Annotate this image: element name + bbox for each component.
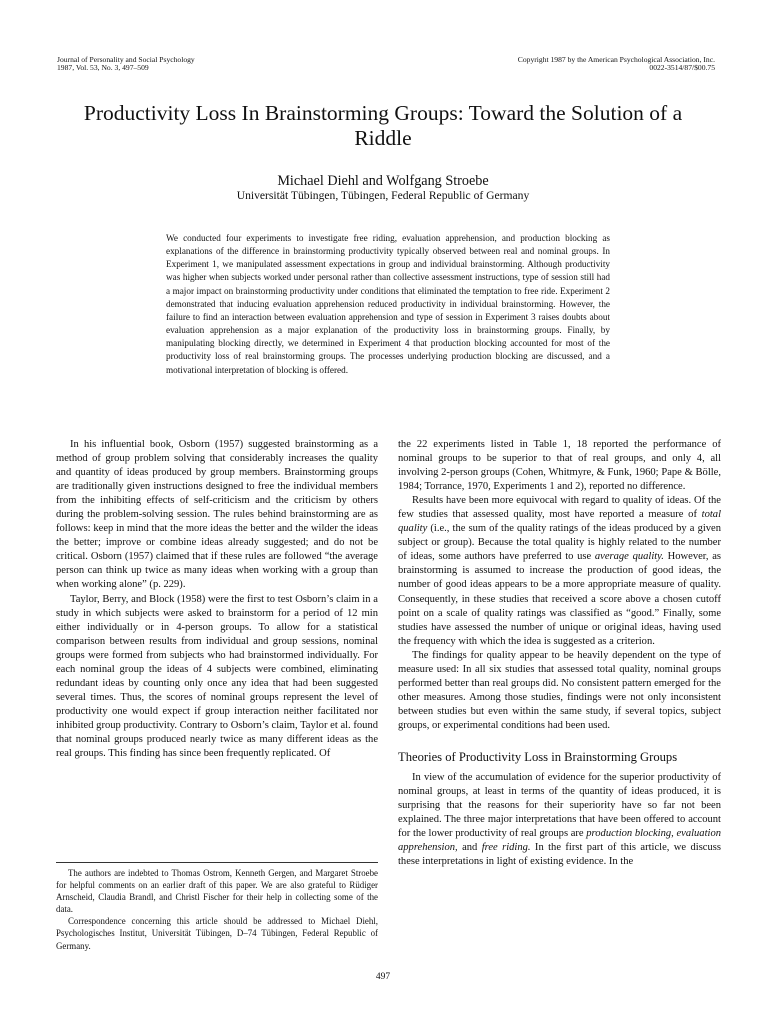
acknowledgment-footnote: The authors are indebted to Thomas Ostro… bbox=[56, 867, 378, 915]
text-run: Results have been more equivocal with re… bbox=[398, 495, 721, 520]
body-paragraph: Taylor, Berry, and Block (1958) were the… bbox=[56, 593, 378, 762]
correspondence-footnote: Correspondence concerning this article s… bbox=[56, 915, 378, 951]
body-paragraph: the 22 experiments listed in Table 1, 18… bbox=[398, 438, 721, 494]
body-column-right: the 22 experiments listed in Table 1, 18… bbox=[398, 438, 721, 869]
text-run: and bbox=[458, 842, 482, 853]
journal-volume-info: 1987, Vol. 53, No. 3, 497–509 bbox=[57, 64, 195, 72]
text-run: However, as brainstorming is assumed to … bbox=[398, 551, 721, 646]
article-authors: Michael Diehl and Wolfgang Stroebe bbox=[80, 173, 686, 189]
emphasis-term: average quality. bbox=[595, 551, 664, 562]
article-abstract: We conducted four experiments to investi… bbox=[166, 232, 610, 377]
page-number: 497 bbox=[363, 972, 403, 982]
journal-citation: Journal of Personality and Social Psycho… bbox=[57, 56, 195, 73]
body-paragraph: In view of the accumulation of evidence … bbox=[398, 771, 721, 869]
journal-page: Journal of Personality and Social Psycho… bbox=[0, 0, 766, 1024]
body-paragraph: Results have been more equivocal with re… bbox=[398, 494, 721, 649]
footnotes: The authors are indebted to Thomas Ostro… bbox=[56, 867, 378, 952]
article-title: Productivity Loss In Brainstorming Group… bbox=[80, 101, 686, 151]
issn-price-code: 0022-3514/87/$00.75 bbox=[518, 64, 715, 72]
body-paragraph: The findings for quality appear to be he… bbox=[398, 649, 721, 733]
section-heading: Theories of Productivity Loss in Brainst… bbox=[398, 749, 721, 765]
footnote-divider bbox=[56, 862, 378, 863]
copyright-notice: Copyright 1987 by the American Psycholog… bbox=[518, 56, 715, 73]
author-affiliation: Universität Tübingen, Tübingen, Federal … bbox=[80, 189, 686, 203]
body-column-left: In his influential book, Osborn (1957) s… bbox=[56, 438, 378, 761]
body-paragraph: In his influential book, Osborn (1957) s… bbox=[56, 438, 378, 593]
emphasis-term: free riding. bbox=[482, 842, 531, 853]
